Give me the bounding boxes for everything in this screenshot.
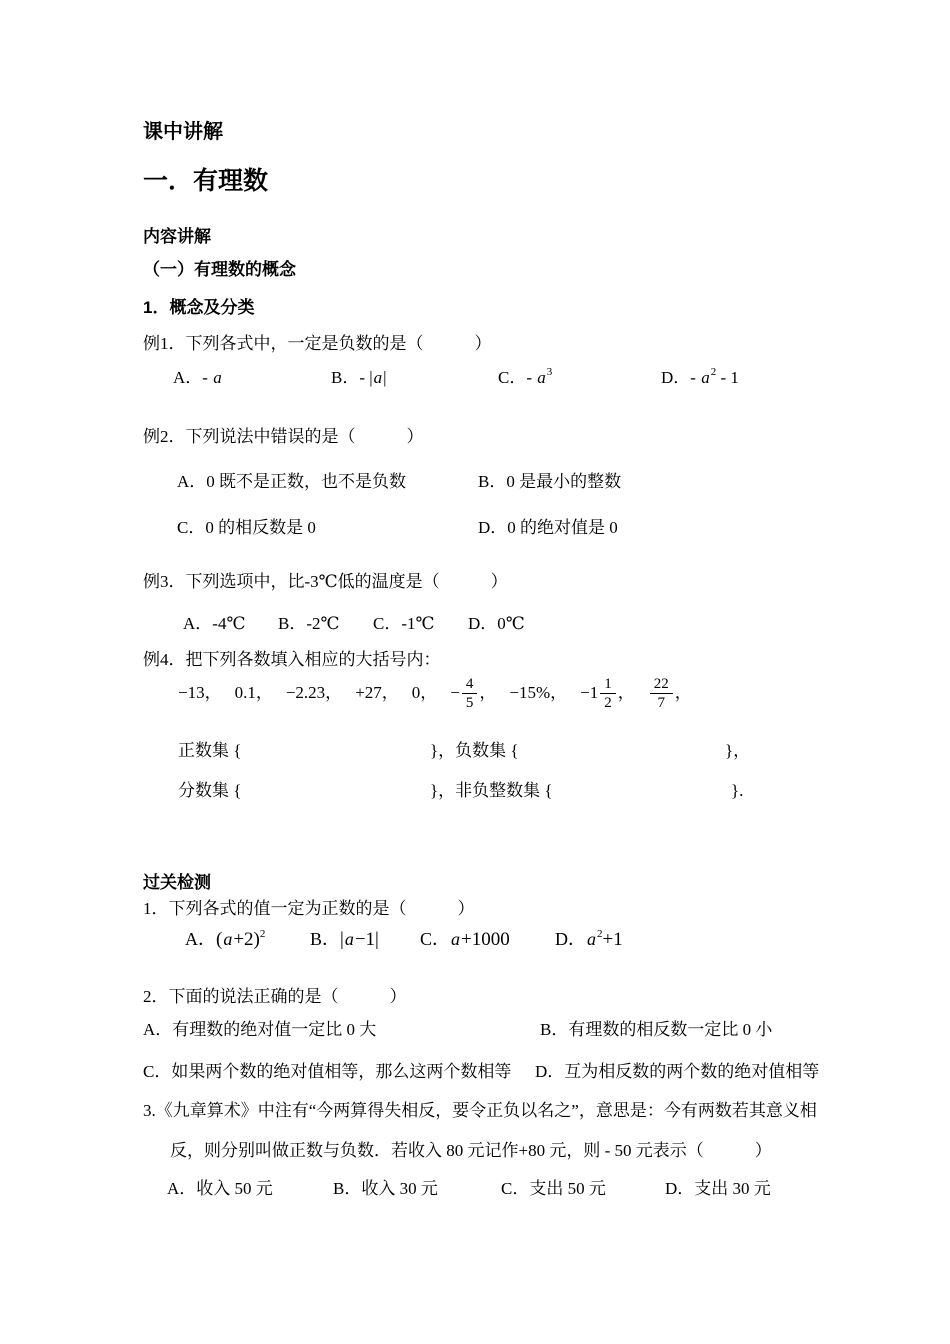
option-label: D．	[661, 368, 690, 387]
worksheet-page: 课中讲解 一．有理数 内容讲解 （一）有理数的概念 1．概念及分类 例1．下列各…	[0, 0, 950, 1344]
question3-option-c: C．支出 50 元	[501, 1178, 606, 1199]
option-label: C．	[143, 1062, 171, 1081]
question1-option-d: D．a2+1	[555, 928, 623, 952]
option-label: A．	[143, 1020, 172, 1039]
math-text: +1	[603, 929, 623, 950]
option-label: D．	[555, 929, 586, 949]
example3-option-d: D．0℃	[468, 613, 525, 634]
example1-option-b: B．- |a|	[331, 367, 387, 388]
option-label: D．	[665, 1179, 694, 1198]
math-text: -	[690, 368, 700, 387]
math-var: a	[536, 368, 547, 387]
math-text: - 1	[716, 368, 739, 387]
question3-stem-line1: 3.《九章算术》中注有“今两算得失相反，要令正负以名之”，意思是：今有两数若其意…	[143, 1100, 930, 1121]
math-text: -	[202, 368, 212, 387]
nonneg-integer-set-label: }，非负整数集 {	[430, 780, 553, 801]
example2-options-row1: A．0 既不是正数，也不是负数 B．0 是最小的整数	[143, 471, 930, 497]
option-label: C．	[420, 929, 450, 949]
question1-options: A．(a+2)2 B．|a−1| C．a+1000 D．a2+1	[143, 928, 930, 954]
option-label: A．	[177, 472, 206, 491]
fraction-denominator: 2	[600, 694, 616, 712]
question3-option-a: A．收入 50 元	[167, 1178, 273, 1199]
chapter-heading: 一．有理数	[143, 166, 930, 197]
example3-option-c: C．-1℃	[373, 613, 435, 634]
question2-option-a: A．有理数的绝对值一定比 0 大	[143, 1019, 376, 1040]
math-var: a	[450, 929, 461, 949]
separator-comma: ，	[618, 682, 635, 703]
math-text: |	[383, 368, 386, 387]
option-text: 有理数的相反数一定比 0 小	[568, 1020, 772, 1039]
option-text: 互为相反数的两个数的绝对值相等	[564, 1062, 819, 1081]
option-label: B．	[278, 614, 306, 633]
question1-option-b: B．|a−1|	[310, 928, 379, 952]
math-text: +2)	[233, 929, 260, 950]
example3-stem: 例3．下列选项中，比-3℃低的温度是（ ）	[143, 571, 930, 592]
fraction-sign: −1	[580, 682, 598, 703]
option-label: C．	[373, 614, 401, 633]
option-text: -4℃	[212, 614, 245, 633]
fraction-numerator: 1	[600, 675, 616, 694]
question1-option-a: A．(a+2)2	[185, 928, 265, 952]
separator-comma: ，	[479, 682, 496, 703]
option-label: B．	[333, 1179, 361, 1198]
subsection-heading: （一）有理数的概念	[143, 259, 930, 280]
fraction-denominator: 7	[650, 694, 673, 712]
math-text: - |	[359, 368, 372, 387]
option-text: -1℃	[401, 614, 434, 633]
example1-option-a: A．- a	[173, 367, 223, 388]
math-text: −1|	[355, 929, 379, 950]
option-label: B．	[478, 472, 506, 491]
math-text: -	[526, 368, 536, 387]
option-text: 0 是最小的整数	[506, 472, 621, 491]
math-var: a	[222, 929, 233, 949]
example3-option-a: A．-4℃	[183, 613, 245, 634]
example2-option-a: A．0 既不是正数，也不是负数	[177, 471, 406, 492]
option-text: 0℃	[497, 614, 525, 633]
fraction-sign: −	[450, 682, 460, 703]
number-item: 0，	[412, 682, 438, 703]
question2-option-b: B．有理数的相反数一定比 0 小	[540, 1019, 772, 1040]
example3-options: A．-4℃ B．-2℃ C．-1℃ D．0℃	[143, 613, 930, 639]
math-var: a	[212, 368, 223, 387]
number-fraction: 227，	[648, 675, 692, 712]
separator-comma: ，	[675, 682, 692, 703]
option-text: 收入 50 元	[196, 1179, 273, 1198]
fraction-set-label: 分数集 {	[178, 780, 241, 801]
number-fraction: −45，	[450, 675, 496, 712]
fraction-numerator: 22	[650, 675, 673, 694]
option-text: 0 的相反数是 0	[205, 518, 316, 537]
math-var: a	[586, 929, 597, 949]
example2-options-row2: C．0 的相反数是 0 D．0 的绝对值是 0	[143, 517, 930, 543]
example1-option-c: C．- a3	[498, 367, 552, 388]
question1-option-c: C．a+1000	[420, 928, 510, 952]
question2-stem: 2．下面的说法正确的是（ ）	[143, 986, 930, 1007]
lecture-heading: 课中讲解	[143, 120, 930, 145]
question2-option-c: C．如果两个数的绝对值相等，那么这两个数相等	[143, 1061, 511, 1082]
example2-option-b: B．0 是最小的整数	[478, 471, 621, 492]
option-text: 有理数的绝对值一定比 0 大	[172, 1020, 376, 1039]
option-label: C．	[498, 368, 526, 387]
option-label: B．	[310, 929, 340, 949]
math-var: a	[373, 368, 384, 387]
option-label: A．	[173, 368, 202, 387]
question3-option-d: D．支出 30 元	[665, 1178, 771, 1199]
question3-options: A．收入 50 元 B．收入 30 元 C．支出 50 元 D．支出 30 元	[143, 1178, 930, 1204]
math-var: a	[344, 929, 355, 949]
set-close-brace: }，	[725, 740, 750, 761]
example4-sets-row1: 正数集 { }，负数集 { }，	[143, 740, 930, 766]
option-text: 0 的绝对值是 0	[507, 518, 618, 537]
option-label: D．	[535, 1062, 564, 1081]
number-item: −2.23，	[286, 682, 342, 703]
positive-set-label: 正数集 {	[178, 740, 241, 761]
option-label: B．	[540, 1020, 568, 1039]
option-label: C．	[177, 518, 205, 537]
example4-number-list: −13， 0.1， −2.23， +27， 0， −45， −15%， −112…	[178, 668, 930, 718]
practice-heading: 过关检测	[143, 872, 930, 893]
option-label: A．	[167, 1179, 196, 1198]
question2-options-row1: A．有理数的绝对值一定比 0 大 B．有理数的相反数一定比 0 小	[143, 1019, 930, 1045]
option-text: 支出 50 元	[529, 1179, 606, 1198]
number-item: −13，	[178, 682, 222, 703]
fraction: 45	[462, 675, 478, 712]
question2-options-row2: C．如果两个数的绝对值相等，那么这两个数相等 D．互为相反数的两个数的绝对值相等	[143, 1061, 930, 1087]
option-text: -2℃	[306, 614, 339, 633]
example4-sets-row2: 分数集 { }，非负整数集 { }.	[143, 780, 930, 806]
option-label: D．	[478, 518, 507, 537]
question2-option-d: D．互为相反数的两个数的绝对值相等	[535, 1061, 819, 1082]
example1-options: A．- a B．- |a| C．- a3 D．- a2 - 1	[143, 367, 930, 393]
math-sup: 2	[597, 928, 603, 940]
math-var: a	[700, 368, 711, 387]
point-heading: 1．概念及分类	[143, 297, 930, 318]
option-text: 支出 30 元	[694, 1179, 771, 1198]
fraction-denominator: 5	[462, 694, 478, 712]
example2-option-c: C．0 的相反数是 0	[177, 517, 316, 538]
option-text: 0 既不是正数，也不是负数	[206, 472, 406, 491]
question3-option-b: B．收入 30 元	[333, 1178, 438, 1199]
number-item: −15%，	[509, 682, 567, 703]
math-sup: 3	[547, 366, 553, 378]
fraction: 227	[650, 675, 673, 712]
example1-option-d: D．- a2 - 1	[661, 367, 739, 388]
option-text: 收入 30 元	[361, 1179, 438, 1198]
fraction: 12	[600, 675, 616, 712]
number-item: 0.1，	[235, 682, 273, 703]
math-sup: 2	[711, 366, 717, 378]
option-label: B．	[331, 368, 359, 387]
option-label: A．	[185, 929, 216, 949]
question3-stem-line2: 反，则分别叫做正数与负数．若收入 80 元记作+80 元，则 - 50 元表示（…	[170, 1140, 930, 1161]
option-label: C．	[501, 1179, 529, 1198]
number-item: +27，	[355, 682, 399, 703]
example3-option-b: B．-2℃	[278, 613, 340, 634]
content-heading: 内容讲解	[143, 226, 930, 247]
math-sup: 2	[260, 928, 266, 940]
negative-set-label: }，负数集 {	[430, 740, 519, 761]
example2-option-d: D．0 的绝对值是 0	[478, 517, 618, 538]
math-text: +1000	[461, 929, 510, 950]
option-label: D．	[468, 614, 497, 633]
example2-stem: 例2．下列说法中错误的是（ ）	[143, 426, 930, 447]
fraction-numerator: 4	[462, 675, 478, 694]
option-text: 如果两个数的绝对值相等，那么这两个数相等	[171, 1062, 511, 1081]
question1-stem: 1．下列各式的值一定为正数的是（ ）	[143, 898, 930, 919]
set-close-brace: }.	[731, 780, 743, 801]
option-label: A．	[183, 614, 212, 633]
example1-stem: 例1．下列各式中，一定是负数的是（ ）	[143, 333, 930, 354]
number-mixed-fraction: −112，	[580, 675, 635, 712]
